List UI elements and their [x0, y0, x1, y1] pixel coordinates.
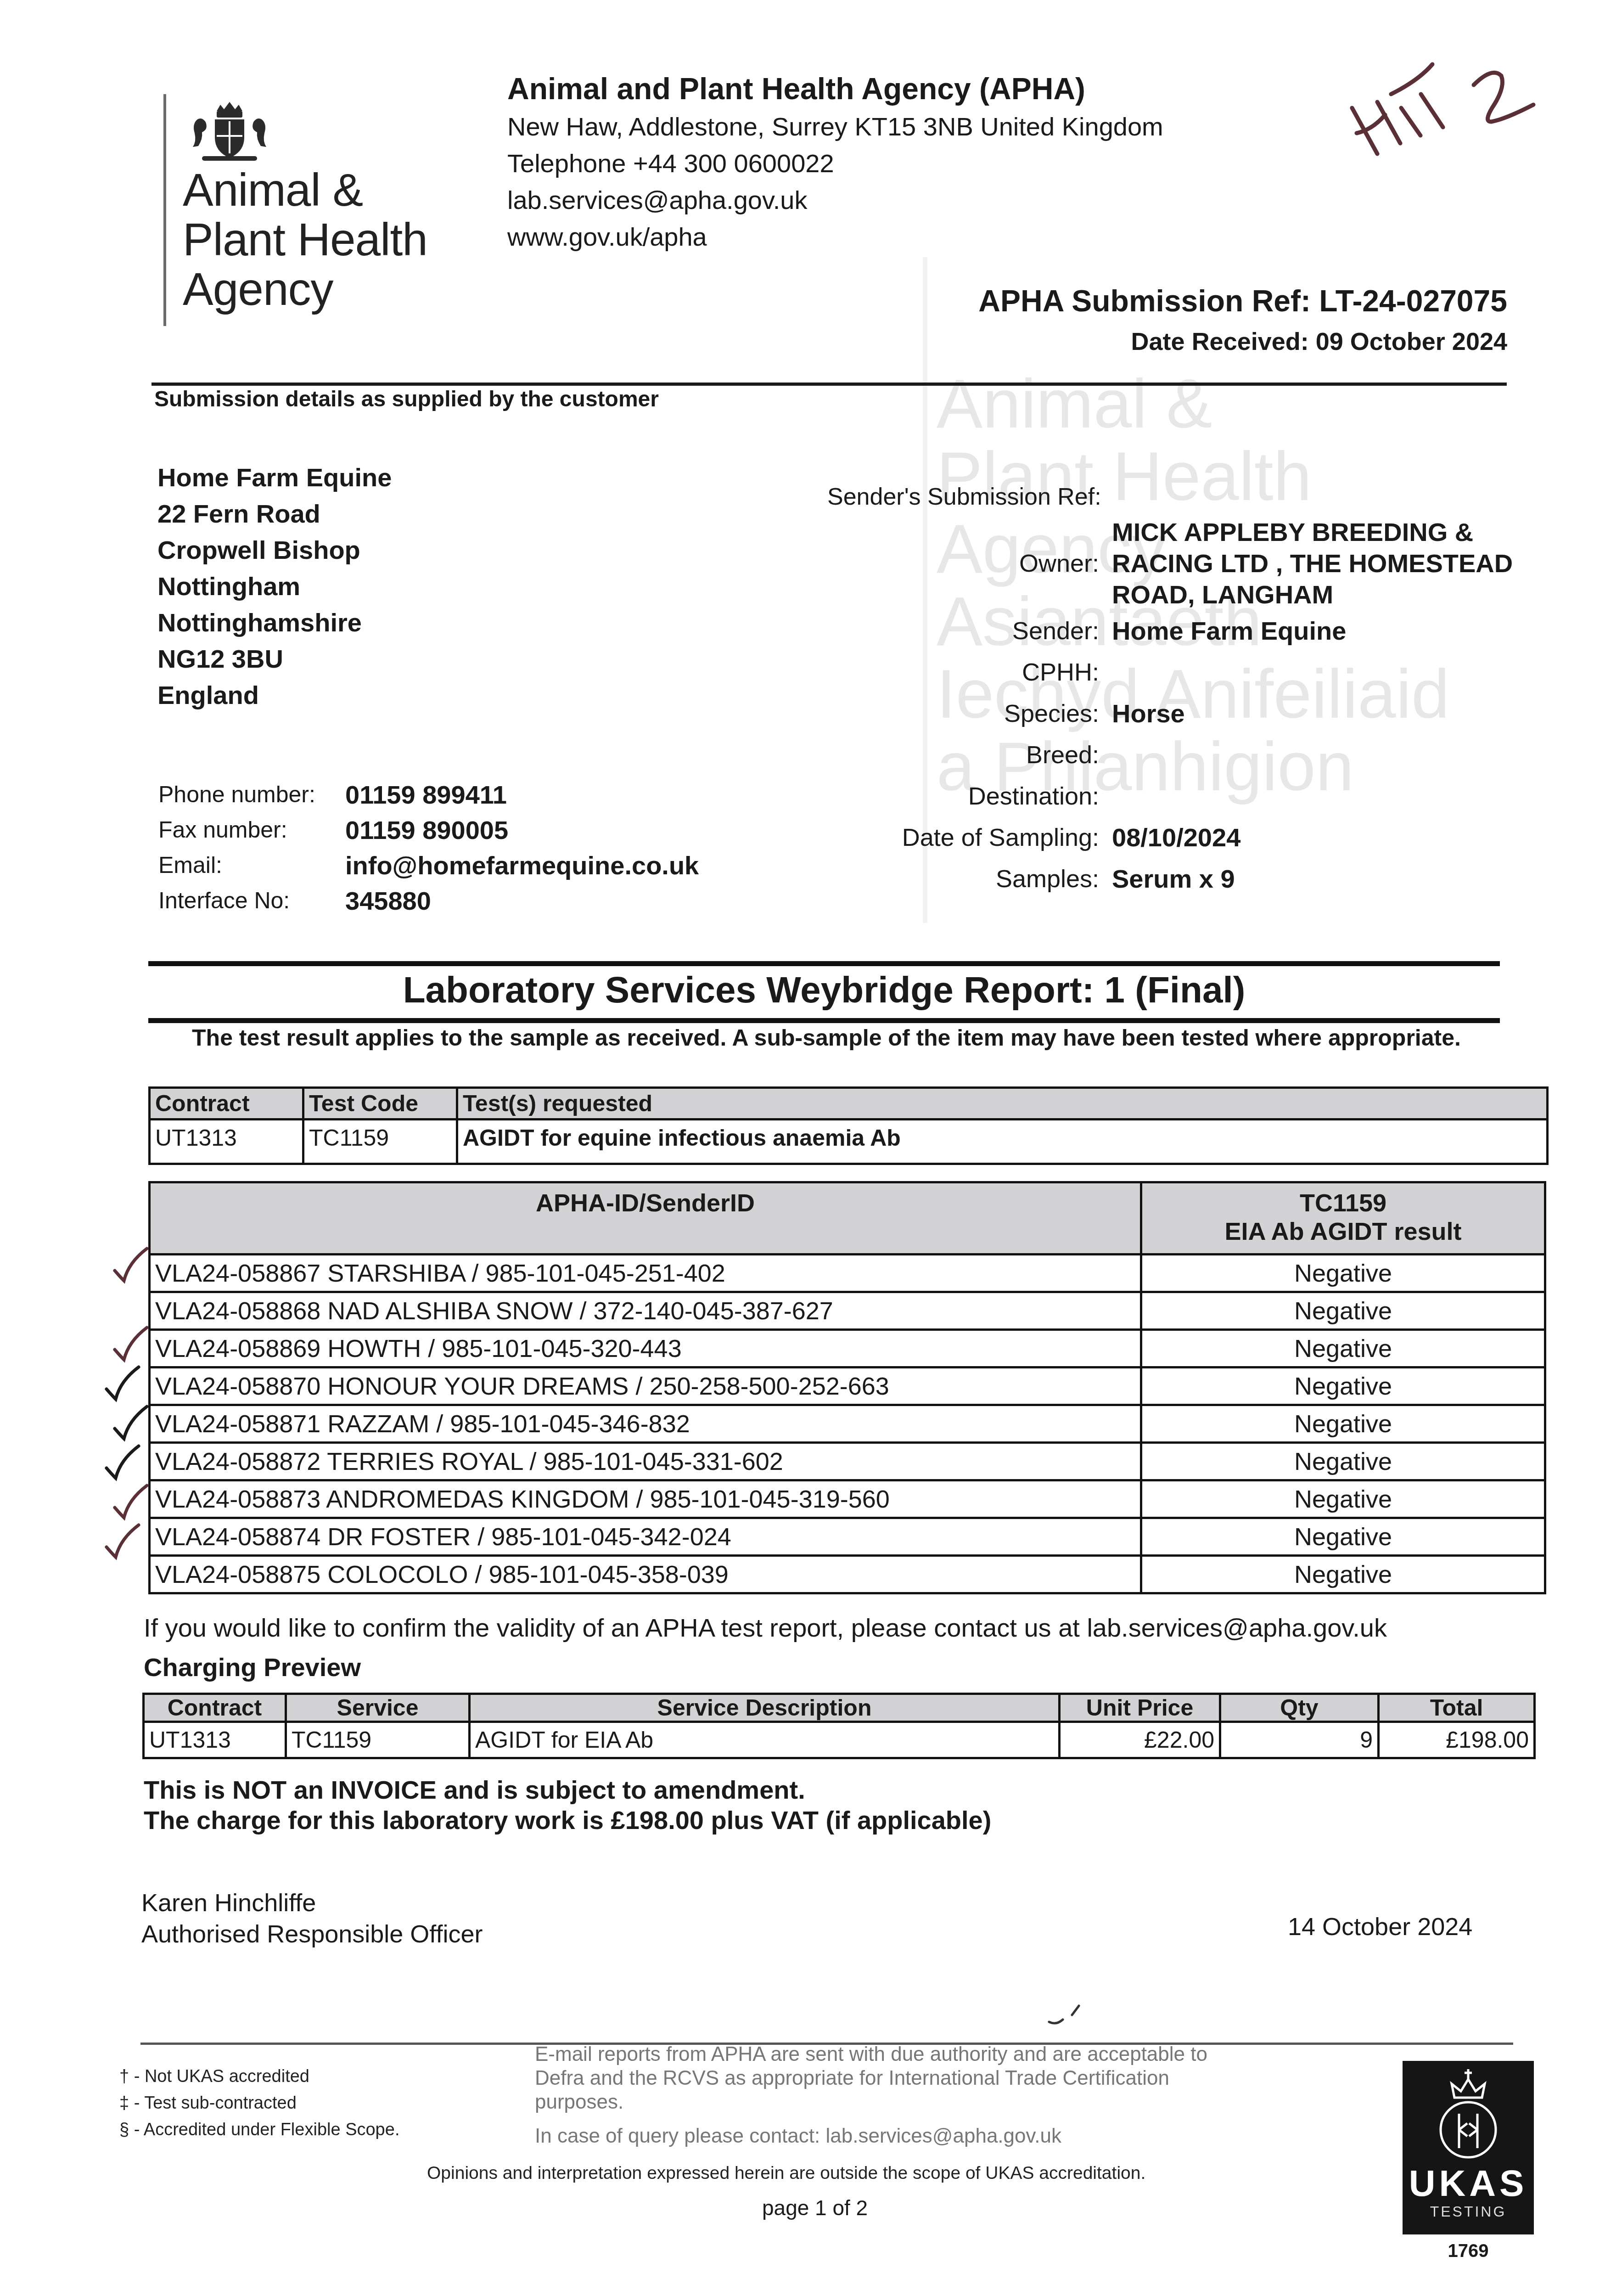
field-destination: Destination:: [794, 776, 1575, 817]
signature-mark-icon: [1044, 1997, 1100, 2029]
field-sender: Sender: Home Farm Equine: [794, 610, 1575, 652]
table-row: VLA24-058867 STARSHIBA / 985-101-045-251…: [150, 1255, 1545, 1292]
header-label: APHA-ID/SenderID: [536, 1189, 755, 1217]
address-line: Cropwell Bishop: [157, 532, 392, 568]
table-row: UT1313 TC1159 AGIDT for EIA Ab £22.00 9 …: [144, 1722, 1535, 1758]
result-cell: Negative: [1141, 1255, 1545, 1292]
charging-table: Contract Service Service Description Uni…: [142, 1693, 1536, 1759]
charging-notice: This is NOT an INVOICE and is subject to…: [144, 1775, 991, 1835]
owner-line: RACING LTD , THE HOMESTEAD: [1112, 548, 1513, 579]
agency-logo-wordmark: Animal & Plant Health Agency: [183, 165, 427, 314]
ukas-crown-icon: [1422, 2065, 1514, 2162]
table-row: VLA24-058868 NAD ALSHIBA SNOW / 372-140-…: [150, 1292, 1545, 1330]
interface-number-value: 345880: [345, 883, 431, 918]
result-cell: Negative: [1141, 1405, 1545, 1443]
opinions-disclaimer: Opinions and interpretation expressed he…: [427, 2162, 1145, 2185]
column-header-service: Service: [286, 1694, 470, 1722]
date-of-sampling-value: 08/10/2024: [1112, 817, 1240, 858]
test-code-cell: TC1159: [303, 1120, 457, 1164]
results-table: APHA-ID/SenderID TC1159 EIA Ab AGIDT res…: [148, 1181, 1546, 1594]
column-header-qty: Qty: [1220, 1694, 1379, 1722]
field-samples: Samples: Serum x 9: [794, 858, 1575, 900]
column-header-contract: Contract: [150, 1088, 303, 1120]
logo-line: Agency: [183, 264, 427, 314]
total-cell: £198.00: [1379, 1722, 1535, 1758]
field-label: Date of Sampling:: [794, 817, 1112, 858]
legend-item: § - Accredited under Flexible Scope.: [119, 2116, 399, 2143]
contact-label: Email:: [158, 848, 345, 883]
field-date-of-sampling: Date of Sampling: 08/10/2024: [794, 817, 1575, 858]
column-header-tests-requested: Test(s) requested: [457, 1088, 1548, 1120]
sample-id-cell: VLA24-058873 ANDROMEDAS KINGDOM / 985-10…: [150, 1480, 1141, 1518]
logo-line: Animal &: [183, 165, 427, 215]
sample-id-cell: VLA24-058869 HOWTH / 985-101-045-320-443: [150, 1330, 1141, 1367]
report-title: Laboratory Services Weybridge Report: 1 …: [148, 964, 1500, 1016]
customer-email-link[interactable]: info@homefarmequine.co.uk: [345, 848, 699, 883]
tick-mark-icon: [102, 1443, 143, 1484]
submission-ref-block: APHA Submission Ref: LT-24-027075 Date R…: [978, 280, 1507, 362]
column-header-apha-id: APHA-ID/SenderID: [150, 1182, 1141, 1255]
signatory: Karen Hinchliffe Authorised Responsible …: [141, 1887, 483, 1950]
legend-item: ‡ - Test sub-contracted: [119, 2090, 399, 2116]
field-label: Species:: [794, 693, 1112, 734]
fax-number-value: 01159 890005: [345, 812, 508, 848]
result-cell: Negative: [1141, 1443, 1545, 1480]
result-cell: Negative: [1141, 1518, 1545, 1556]
apha-submission-ref: APHA Submission Ref: LT-24-027075: [978, 280, 1507, 321]
address-line: Nottingham: [157, 568, 392, 604]
report-disclaimer: The test result applies to the sample as…: [184, 1023, 1469, 1052]
watermark-line: Animal &: [937, 367, 1449, 440]
unit-price-cell: £22.00: [1060, 1722, 1220, 1758]
sample-id-cell: VLA24-058870 HONOUR YOUR DREAMS / 250-25…: [150, 1367, 1141, 1405]
agency-name: Animal and Plant Health Agency (APHA): [507, 69, 1163, 108]
species-value: Horse: [1112, 693, 1185, 734]
address-line: Home Farm Equine: [157, 459, 392, 495]
address-line: Nottinghamshire: [157, 604, 392, 641]
owner-value: MICK APPLEBY BREEDING & RACING LTD , THE…: [1112, 517, 1513, 610]
sender-value: Home Farm Equine: [1112, 610, 1346, 652]
customer-address: Home Farm Equine 22 Fern Road Cropwell B…: [157, 459, 392, 713]
accreditation-legend: † - Not UKAS accredited ‡ - Test sub-con…: [119, 2063, 399, 2143]
charge-statement: The charge for this laboratory work is £…: [144, 1805, 991, 1835]
email-authority-text: E-mail reports from APHA are sent with d…: [535, 2043, 1224, 2114]
table-row: VLA24-058872 TERRIES ROYAL / 985-101-045…: [150, 1443, 1545, 1480]
submission-fields: Owner: MICK APPLEBY BREEDING & RACING LT…: [794, 517, 1575, 900]
contact-row-phone: Phone number: 01159 899411: [158, 777, 699, 812]
result-cell: Negative: [1141, 1292, 1545, 1330]
query-contact-text: In case of query please contact: lab.ser…: [535, 2124, 1224, 2148]
tests-requested-table: Contract Test Code Test(s) requested UT1…: [148, 1086, 1549, 1165]
column-header-total: Total: [1379, 1694, 1535, 1722]
sample-id-cell: VLA24-058872 TERRIES ROYAL / 985-101-045…: [150, 1443, 1141, 1480]
contact-row-fax: Fax number: 01159 890005: [158, 812, 699, 848]
header-result-code: TC1159: [1147, 1189, 1539, 1217]
column-header-unit-price: Unit Price: [1060, 1694, 1220, 1722]
tick-mark-icon: [102, 1364, 143, 1405]
result-cell: Negative: [1141, 1480, 1545, 1518]
result-cell: Negative: [1141, 1330, 1545, 1367]
address-line: 22 Fern Road: [157, 495, 392, 532]
result-cell: Negative: [1141, 1367, 1545, 1405]
owner-line: MICK APPLEBY BREEDING &: [1112, 517, 1513, 548]
tick-mark-icon: [102, 1522, 143, 1563]
signatory-name: Karen Hinchliffe: [141, 1887, 483, 1919]
field-cphh: CPHH:: [794, 652, 1575, 693]
field-species: Species: Horse: [794, 693, 1575, 734]
table-row: VLA24-058871 RAZZAM / 985-101-045-346-83…: [150, 1405, 1545, 1443]
senders-submission-ref-label: Sender's Submission Ref:: [827, 483, 1101, 511]
ukas-wordmark: UKAS: [1403, 2163, 1534, 2204]
column-header-test-code: Test Code: [303, 1088, 457, 1120]
field-breed: Breed:: [794, 734, 1575, 776]
samples-value: Serum x 9: [1112, 858, 1235, 900]
ukas-testing-label: TESTING: [1403, 2203, 1534, 2220]
logo-divider: [163, 94, 166, 326]
tick-mark-icon: [110, 1482, 152, 1524]
table-header-row: APHA-ID/SenderID TC1159 EIA Ab AGIDT res…: [150, 1182, 1545, 1255]
qty-cell: 9: [1220, 1722, 1379, 1758]
email-reports-note: E-mail reports from APHA are sent with d…: [535, 2043, 1224, 2148]
field-label: Sender:: [794, 610, 1112, 652]
field-label: Breed:: [794, 734, 1112, 776]
agency-address-block: Animal and Plant Health Agency (APHA) Ne…: [507, 69, 1163, 255]
customer-contact-details: Phone number: 01159 899411 Fax number: 0…: [158, 777, 699, 918]
table-header-row: Contract Service Service Description Uni…: [144, 1694, 1535, 1722]
table-row: VLA24-058873 ANDROMEDAS KINGDOM / 985-10…: [150, 1480, 1545, 1518]
page-number: page 1 of 2: [762, 2195, 868, 2221]
report-date: 14 October 2024: [1288, 1911, 1472, 1942]
table-header-row: Contract Test Code Test(s) requested: [150, 1088, 1548, 1120]
address-line: NG12 3BU: [157, 641, 392, 677]
field-label: Samples:: [794, 858, 1112, 900]
royal-crest-icon: [184, 101, 275, 170]
field-label: Destination:: [794, 776, 1112, 817]
tick-mark-icon: [110, 1245, 152, 1287]
field-label: Owner:: [794, 517, 1112, 579]
tick-mark-icon: [110, 1324, 152, 1366]
table-row: VLA24-058874 DR FOSTER / 985-101-045-342…: [150, 1518, 1545, 1556]
signatory-title: Authorised Responsible Officer: [141, 1919, 483, 1950]
not-invoice-statement: This is NOT an INVOICE and is subject to…: [144, 1775, 991, 1805]
legend-item: † - Not UKAS accredited: [119, 2063, 399, 2090]
service-cell: TC1159: [286, 1722, 470, 1758]
owner-line: ROAD, LANGHAM: [1112, 579, 1513, 610]
phone-number-value: 01159 899411: [345, 777, 507, 812]
tick-mark-icon: [110, 1403, 152, 1445]
result-cell: Negative: [1141, 1556, 1545, 1593]
contact-label: Interface No:: [158, 883, 345, 918]
contract-cell: UT1313: [150, 1120, 303, 1164]
sample-id-cell: VLA24-058874 DR FOSTER / 985-101-045-342…: [150, 1518, 1141, 1556]
agency-website-link[interactable]: www.gov.uk/apha: [507, 219, 1163, 255]
validity-note: If you would like to confirm the validit…: [144, 1612, 1387, 1644]
field-label: CPHH:: [794, 652, 1112, 693]
table-row: VLA24-058870 HONOUR YOUR DREAMS / 250-25…: [150, 1367, 1545, 1405]
header-result-name: EIA Ab AGIDT result: [1147, 1217, 1539, 1246]
date-received: Date Received: 09 October 2024: [978, 321, 1507, 362]
address-line: England: [157, 677, 392, 713]
ukas-testing-logo: UKAS TESTING: [1403, 2061, 1534, 2234]
table-row: VLA24-058875 COLOCOLO / 985-101-045-358-…: [150, 1556, 1545, 1593]
header-divider: [152, 383, 1507, 386]
contact-row-email: Email: info@homefarmequine.co.uk: [158, 848, 699, 883]
column-header-result: TC1159 EIA Ab AGIDT result: [1141, 1182, 1545, 1255]
contact-label: Phone number:: [158, 777, 345, 812]
table-row: VLA24-058869 HOWTH / 985-101-045-320-443…: [150, 1330, 1545, 1367]
agency-address: New Haw, Addlestone, Surrey KT15 3NB Uni…: [507, 108, 1163, 145]
section-label-customer-details: Submission details as supplied by the cu…: [154, 387, 659, 412]
report-rule-bottom: [148, 1018, 1500, 1023]
handwritten-note-hit-2: HIT 2: [1327, 51, 1538, 170]
ukas-accreditation-number: 1769: [1403, 2241, 1534, 2262]
contract-cell: UT1313: [144, 1722, 286, 1758]
contact-row-interface: Interface No: 345880: [158, 883, 699, 918]
charging-preview-title: Charging Preview: [144, 1651, 361, 1684]
logo-line: Plant Health: [183, 215, 427, 264]
service-description-cell: AGIDT for EIA Ab: [470, 1722, 1060, 1758]
sample-id-cell: VLA24-058875 COLOCOLO / 985-101-045-358-…: [150, 1556, 1141, 1593]
sample-id-cell: VLA24-058868 NAD ALSHIBA SNOW / 372-140-…: [150, 1292, 1141, 1330]
agency-telephone: Telephone +44 300 0600022: [507, 145, 1163, 182]
contact-label: Fax number:: [158, 812, 345, 848]
test-description-cell: AGIDT for equine infectious anaemia Ab: [457, 1120, 1548, 1164]
column-header-contract: Contract: [144, 1694, 286, 1722]
field-owner: Owner: MICK APPLEBY BREEDING & RACING LT…: [794, 517, 1575, 610]
column-header-service-description: Service Description: [470, 1694, 1060, 1722]
agency-email-link[interactable]: lab.services@apha.gov.uk: [507, 182, 1163, 219]
sample-id-cell: VLA24-058871 RAZZAM / 985-101-045-346-83…: [150, 1405, 1141, 1443]
table-row: UT1313 TC1159 AGIDT for equine infectiou…: [150, 1120, 1548, 1164]
sample-id-cell: VLA24-058867 STARSHIBA / 985-101-045-251…: [150, 1255, 1141, 1292]
